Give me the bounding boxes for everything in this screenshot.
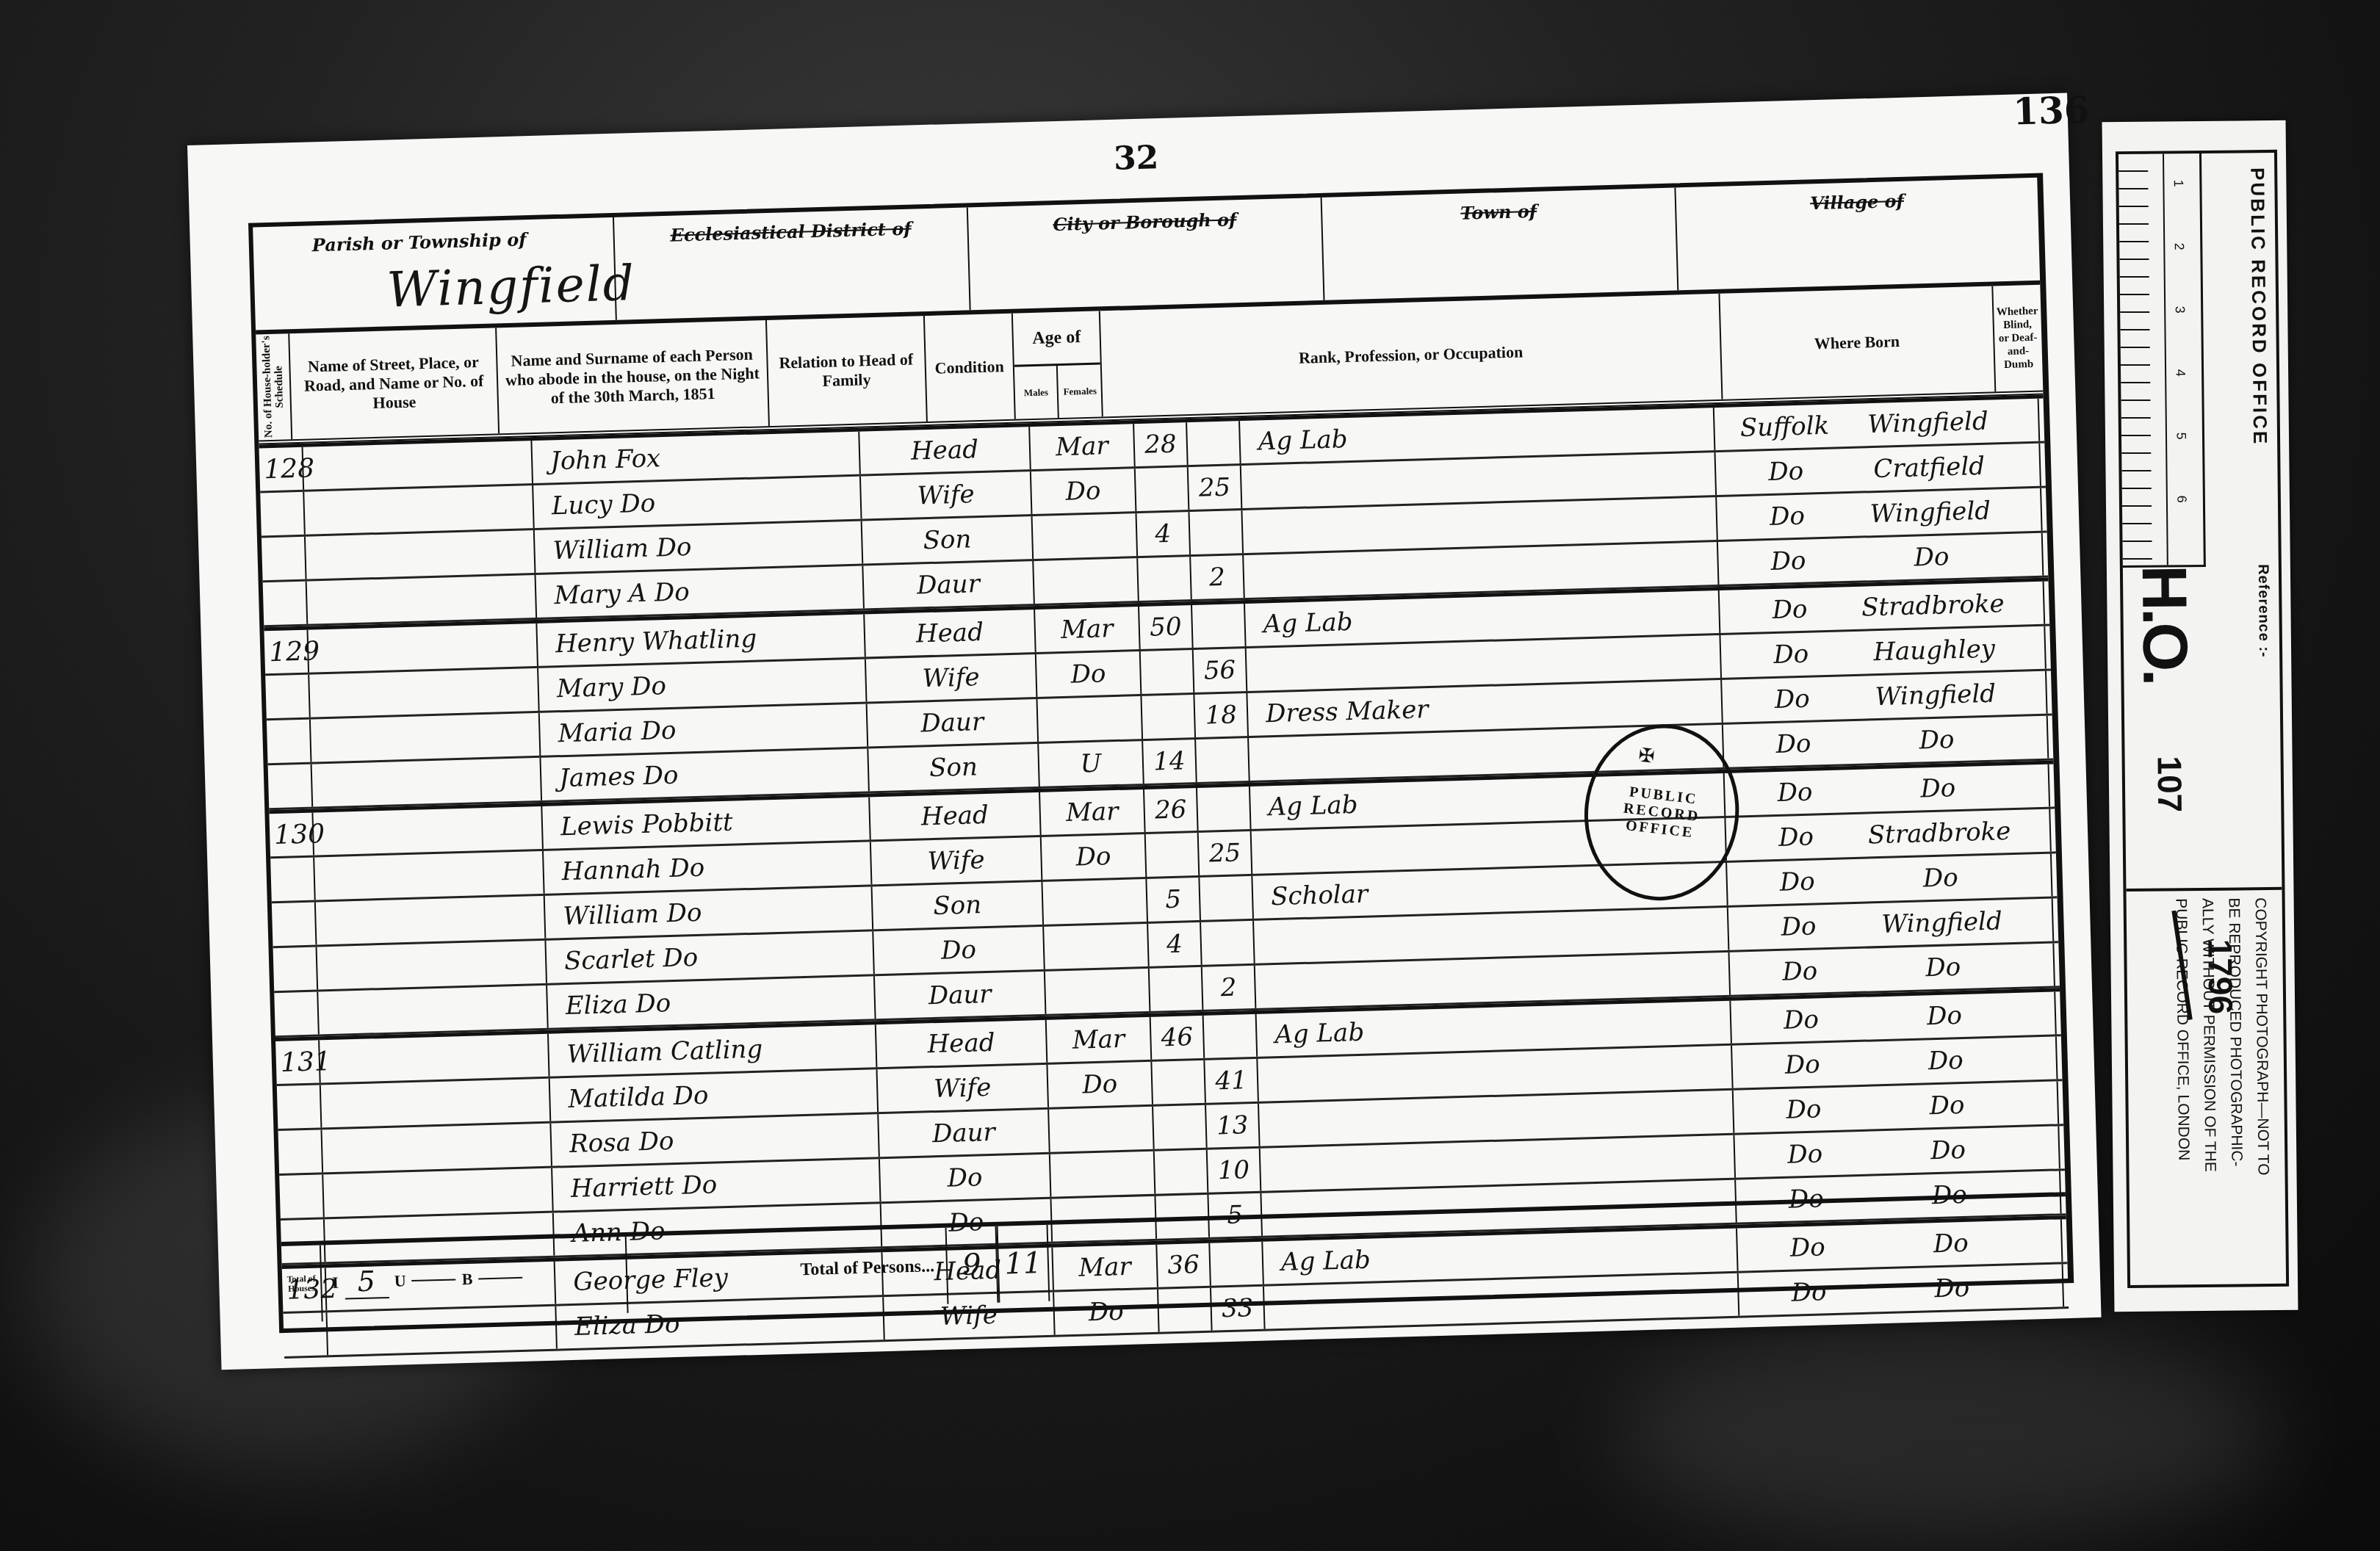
born-county: Do (1731, 1003, 1872, 1036)
col-name-header: Name and Surname of each Person who abod… (497, 320, 769, 433)
born-county: Do (1728, 911, 1869, 944)
reference-strip: 123456 PUBLIC RECORD OFFICE Reference :-… (2102, 120, 2298, 1312)
building-count (478, 1277, 522, 1280)
houses-count: I 5 U B (321, 1237, 629, 1322)
street-cell (321, 1079, 551, 1128)
age-female-cell (1200, 876, 1254, 920)
blind-deaf-cell (2039, 399, 2045, 441)
blind-deaf-cell (2052, 853, 2058, 896)
relation-cell: Son (868, 744, 1040, 791)
blind-deaf-cell (2050, 809, 2056, 851)
age-male-cell (1142, 695, 1196, 739)
age-male-cell (1141, 650, 1195, 694)
folio-stamped: 136 (2012, 88, 2090, 134)
age-female-cell: 18 (1194, 693, 1249, 737)
blind-deaf-cell (2059, 1126, 2065, 1168)
age-female-cell (1196, 738, 1250, 782)
col-age-header: Age of Males Females (1012, 311, 1103, 419)
background-shadow (1616, 1322, 2277, 1542)
born-county: Do (1732, 1048, 1872, 1081)
born-county: Do (1722, 683, 1862, 716)
town-field: Town of (1322, 187, 1679, 300)
age-male-cell: 4 (1136, 512, 1191, 556)
condition-cell: Do (1036, 651, 1142, 697)
where-born-cell: SuffolkWingfield (1714, 399, 2040, 450)
age-female-cell: 2 (1202, 966, 1257, 1010)
born-place: Cratfield (1856, 451, 2003, 485)
born-county: Do (1734, 1093, 1874, 1126)
where-born-cell: DoWingfield (1717, 488, 2042, 540)
age-male-cell (1152, 1060, 1206, 1104)
born-place: Stradbroke (1859, 589, 2007, 623)
schedule-cell (268, 764, 314, 809)
name-cell: Rosa Do (551, 1114, 879, 1165)
where-born-cell: DoDo (1718, 533, 2044, 585)
born-county: Do (1718, 545, 1858, 578)
blind-deaf-cell (2054, 943, 2060, 986)
street-cell (317, 941, 547, 990)
age-female-cell (1201, 921, 1255, 965)
relation-cell: Do (880, 1154, 1052, 1201)
relation-cell: Do (873, 927, 1045, 974)
inhabited-count: 5 (344, 1265, 389, 1300)
schedule-cell (277, 1085, 322, 1129)
where-born-cell: DoDo (1725, 764, 2050, 816)
street-cell (313, 806, 543, 856)
col-relation-header: Relation to Head of Family (766, 316, 927, 426)
reference-label: Reference :- (2254, 564, 2272, 658)
age-female-cell (1189, 510, 1244, 554)
piece-class: 107 (2150, 756, 2190, 812)
where-born-cell: DoDo (1731, 991, 2056, 1043)
col-age-females-header: Females (1058, 364, 1102, 418)
city-borough-field: City or Borough of (968, 198, 1325, 310)
series-code: H.O. (2127, 565, 2201, 684)
born-place: Haughley (1861, 634, 2008, 668)
total-females: 11 (997, 1225, 1050, 1303)
blind-deaf-cell (2041, 488, 2047, 531)
name-cell: Lewis Pobbitt (542, 797, 870, 848)
born-place: Do (1863, 723, 2011, 757)
blind-deaf-cell (2043, 533, 2049, 576)
relation-cell: Wife (877, 1065, 1049, 1112)
street-cell (320, 1034, 549, 1083)
scale-ruler: 123456 (2118, 153, 2206, 568)
condition-cell (1038, 696, 1144, 742)
born-place: Wingfield (1856, 496, 2004, 529)
where-born-cell: DoStradbroke (1725, 809, 2051, 861)
born-place: Do (1869, 951, 2017, 985)
born-county: Do (1726, 821, 1867, 854)
relation-cell: Head (876, 1020, 1048, 1067)
folio-printed: 32 (1113, 139, 1159, 178)
age-female-cell: 13 (1206, 1104, 1261, 1148)
condition-cell: Mar (1035, 607, 1141, 652)
street-cell (316, 896, 546, 945)
age-male-cell: 4 (1148, 922, 1202, 966)
street-cell (303, 441, 533, 490)
parish-label: Parish or Township of (311, 228, 527, 256)
total-males: 9 (945, 1226, 999, 1304)
born-county: Do (1725, 776, 1865, 809)
blind-deaf-cell (2057, 1036, 2063, 1079)
age-female-cell: 56 (1194, 648, 1248, 693)
relation-cell: Head (859, 427, 1031, 474)
condition-cell (1044, 924, 1150, 969)
age-male-cell: 5 (1147, 878, 1201, 922)
street-cell (309, 668, 539, 717)
relation-cell: Wife (866, 654, 1038, 701)
total-persons-label: Total of Persons... (627, 1228, 948, 1313)
condition-cell (1034, 558, 1139, 604)
col-street-header: Name of Street, Place, or Road, and Name… (289, 328, 500, 439)
relation-cell: Daur (875, 972, 1047, 1019)
where-born-cell: DoDo (1734, 1126, 2060, 1177)
blind-deaf-cell (2053, 898, 2059, 941)
ecclesiastical-district-field: Ecclesiastical District of (614, 207, 971, 319)
condition-cell: Do (1031, 469, 1137, 514)
col-schedule-header: No. of House-holder's Schedule (256, 333, 292, 440)
age-male-cell (1153, 1105, 1208, 1149)
col-blind-deaf-header: Whether Blind, or Deaf-and-Dumb (1993, 285, 2043, 392)
age-male-cell (1150, 967, 1204, 1011)
relation-cell: Head (865, 610, 1036, 657)
born-place: Stradbroke (1866, 817, 2013, 850)
where-born-cell: DoWingfield (1722, 671, 2047, 723)
where-born-cell: DoDo (1727, 854, 2052, 905)
name-cell: William Do (535, 521, 863, 573)
born-county: Do (1735, 1138, 1875, 1171)
where-born-cell: DoHaughley (1720, 626, 2046, 678)
condition-cell: Do (1042, 834, 1147, 880)
born-county: Do (1730, 955, 1870, 988)
condition-cell (1042, 879, 1148, 925)
born-place: Do (1873, 1089, 2021, 1123)
schedule-cell (265, 675, 311, 719)
born-place: Do (1875, 1134, 2022, 1168)
condition-cell (1033, 513, 1139, 559)
street-cell (314, 851, 544, 900)
age-female-cell (1187, 421, 1241, 465)
where-born-cell: DoDo (1729, 943, 2055, 994)
born-county: Do (1721, 638, 1861, 671)
street-cell (318, 986, 548, 1035)
born-place: Wingfield (1868, 906, 2016, 940)
born-place: Do (1872, 1044, 2019, 1078)
condition-cell: Mar (1030, 424, 1136, 469)
born-place: Do (1858, 540, 2005, 574)
born-place: Wingfield (1861, 679, 2009, 712)
age-male-cell (1136, 467, 1190, 511)
copyright-notice: COPYRIGHT PHOTOGRAPH—NOT TOBE REPRODUCED… (2126, 887, 2286, 1285)
relation-cell: Son (873, 882, 1045, 929)
street-cell (306, 530, 535, 579)
office-name: PUBLIC RECORD OFFICE (2246, 167, 2271, 446)
blind-deaf-cell (2048, 715, 2054, 758)
name-cell: Eliza Do (547, 976, 876, 1027)
schedule-cell: 131 (275, 1040, 321, 1084)
born-county: Do (1727, 866, 1867, 899)
record-office-stamp: ✠ PUBLIC RECORD OFFICE (1575, 716, 1748, 908)
age-male-cell (1138, 557, 1192, 601)
schedule-table: Parish or Township of Wingfield Ecclesia… (248, 173, 2074, 1333)
born-place: Do (1864, 772, 2012, 806)
condition-cell: U (1039, 741, 1144, 787)
age-male-cell: 28 (1134, 422, 1189, 466)
age-male-cell (1155, 1150, 1209, 1194)
schedule-cell (263, 582, 309, 626)
age-female-cell: 25 (1189, 466, 1243, 510)
where-born-cell: DoDo (1734, 1081, 2059, 1132)
street-cell (308, 623, 538, 673)
relation-cell: Wife (871, 837, 1043, 884)
schedule-cell (262, 537, 307, 581)
schedule-cell (270, 858, 316, 902)
parish-value: Wingfield (386, 255, 637, 318)
col-age-males-header: Males (1014, 366, 1059, 419)
age-female-cell: 25 (1199, 831, 1253, 875)
schedule-cell: 129 (264, 630, 310, 674)
street-cell (311, 713, 541, 762)
name-cell: John Fox (532, 432, 860, 483)
blind-deaf-cell (2045, 626, 2051, 668)
where-born-cell: DoCratfield (1715, 444, 2041, 495)
where-born-cell: DoDo (1732, 1036, 2058, 1088)
name-cell: Hannah Do (544, 842, 872, 893)
condition-cell (1045, 969, 1151, 1014)
condition-cell: Do (1047, 1062, 1153, 1107)
schedule-cell (273, 947, 319, 991)
condition-cell: Mar (1040, 789, 1146, 835)
where-born-cell: DoDo (1723, 716, 2049, 767)
age-male-cell: 46 (1151, 1016, 1205, 1060)
blind-deaf-cell (2047, 670, 2052, 713)
street-cell (323, 1168, 553, 1218)
schedule-cell (274, 991, 320, 1035)
name-cell: Maria Do (540, 704, 868, 755)
condition-cell (1049, 1107, 1155, 1152)
condition-cell (1050, 1151, 1156, 1197)
name-cell: William Do (545, 886, 873, 938)
name-cell: Lucy Do (533, 477, 862, 528)
age-female-cell (1192, 604, 1247, 648)
total-houses-label: Total of Houses (281, 1245, 323, 1323)
blind-deaf-cell (2055, 991, 2061, 1034)
blind-deaf-cell (2040, 444, 2046, 486)
schedule-cell: 130 (269, 813, 314, 857)
born-county: Suffolk (1714, 411, 1855, 444)
uninhabited-count (412, 1279, 456, 1281)
name-cell: Scarlet Do (546, 931, 874, 983)
schedule-cell (260, 492, 306, 536)
age-male-cell: 50 (1139, 605, 1194, 649)
born-place: Do (1871, 999, 2019, 1033)
born-place: Do (1867, 861, 2014, 895)
name-cell: James Do (541, 748, 869, 800)
relation-cell: Head (870, 792, 1042, 839)
born-county: Do (1723, 728, 1864, 761)
schedule-cell (279, 1174, 325, 1218)
relation-cell: Daur (863, 561, 1035, 608)
street-cell (304, 485, 534, 535)
born-county: Do (1716, 455, 1856, 488)
col-occupation-header: Rank, Profession, or Occupation (1100, 294, 1723, 416)
parish-field: Parish or Township of Wingfield (253, 217, 617, 330)
name-cell: Mary Do (538, 659, 867, 710)
name-cell: Henry Whatling (537, 614, 865, 665)
relation-cell: Daur (879, 1110, 1050, 1157)
name-cell: Matilda Do (550, 1069, 879, 1121)
age-female-cell (1197, 787, 1252, 831)
born-county: Do (1717, 500, 1857, 533)
blind-deaf-cell (2049, 764, 2055, 806)
age-female-cell: 2 (1191, 555, 1245, 599)
relation-cell: Wife (861, 471, 1033, 518)
col-where-born-header: Where Born (1720, 286, 1996, 399)
name-cell: Harriett Do (552, 1159, 881, 1210)
blind-deaf-cell (2058, 1081, 2064, 1124)
name-cell: William Catling (549, 1024, 877, 1076)
age-male-cell: 14 (1143, 740, 1197, 784)
born-place: Wingfield (1854, 406, 2002, 440)
relation-cell: Daur (868, 699, 1039, 746)
condition-cell: Mar (1047, 1017, 1153, 1063)
schedule-cell: 128 (259, 447, 305, 491)
schedule-cell (272, 903, 317, 947)
age-female-cell: 41 (1205, 1059, 1259, 1103)
age-male-cell (1146, 833, 1200, 877)
street-cell (322, 1124, 552, 1173)
census-sheet: 32 136 Parish or Township of Wingfield E… (187, 93, 2102, 1370)
relation-cell: Son (862, 516, 1034, 563)
village-field: Village of (1676, 178, 2040, 291)
blind-deaf-cell (2044, 581, 2050, 623)
col-condition-header: Condition (925, 314, 1016, 422)
street-cell (307, 575, 537, 624)
schedule-cell (267, 720, 312, 764)
name-cell: Mary A Do (536, 566, 865, 618)
age-male-cell: 26 (1144, 788, 1199, 832)
street-cell (312, 758, 542, 807)
where-born-cell: DoStradbroke (1720, 582, 2045, 633)
age-female-cell: 10 (1208, 1149, 1262, 1193)
age-female-cell (1204, 1014, 1258, 1058)
born-county: Do (1720, 593, 1860, 626)
schedule-cell (278, 1129, 324, 1174)
where-born-cell: DoWingfield (1728, 898, 2054, 950)
